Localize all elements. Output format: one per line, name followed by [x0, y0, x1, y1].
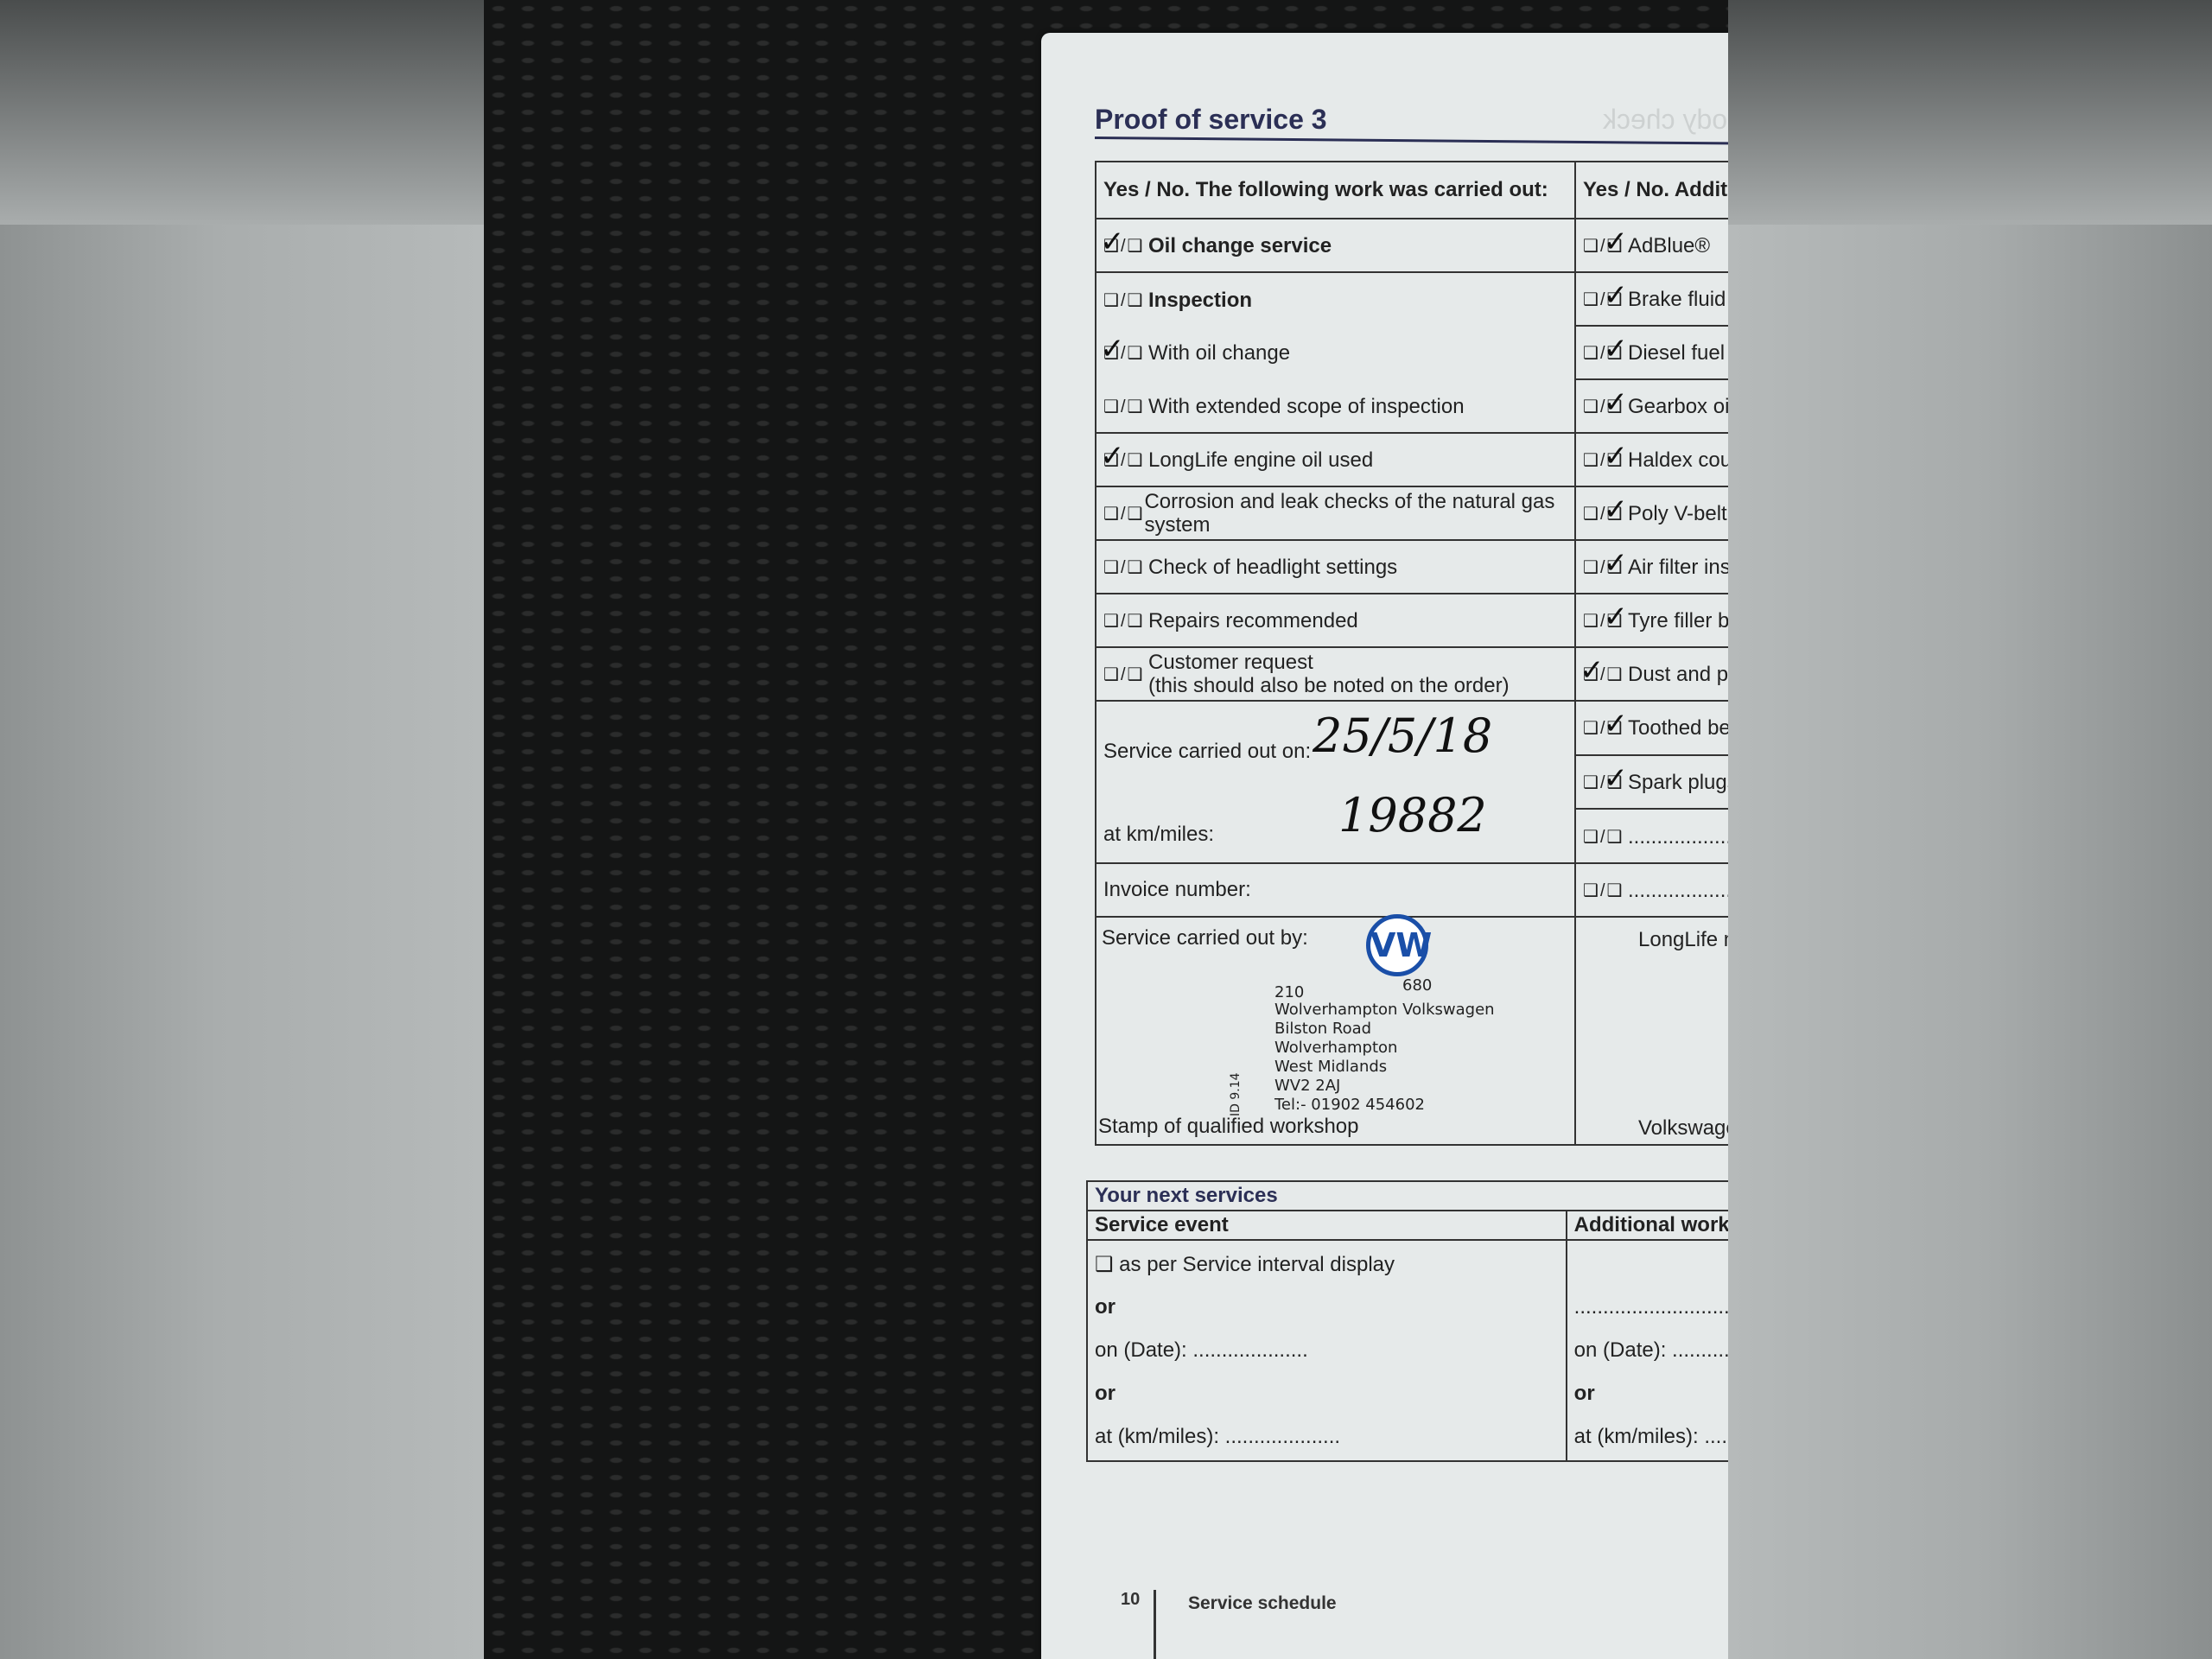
work-item: ❑✓/❑LongLife engine oil used: [1096, 433, 1575, 486]
checkbox-icon[interactable]: ❑: [1103, 505, 1121, 524]
next-service-line: ❑ as per Service interval display: [1095, 1243, 1559, 1286]
yes-no-checkboxes: ❑✓/❑: [1103, 235, 1148, 257]
additional-work-header: Yes / No. Additional work - Change of:: [1575, 162, 1728, 219]
table-row: ❑/❑Customer request(this should also be …: [1096, 647, 1728, 701]
work-item: ❑/❑Inspection: [1096, 272, 1575, 326]
table-row: ❑✓/❑Oil change service❑/❑✓AdBlue®: [1096, 219, 1728, 272]
carried-out-by-label: Service carried out by:: [1102, 926, 1308, 950]
footer-divider: [1154, 1590, 1156, 1659]
item-label: Air filter insert: [1628, 556, 1728, 579]
next-service-line: on (Date): ....................: [1095, 1329, 1559, 1372]
checkbox-icon[interactable]: ❑: [1128, 612, 1145, 631]
work-item: ❑/❑Check of headlight settings: [1096, 540, 1575, 594]
yes-no-checkboxes: ❑/❑✓: [1583, 610, 1628, 632]
checkbox-icon[interactable]: ❑: [1607, 881, 1624, 900]
checkbox-icon[interactable]: ❑: [1583, 397, 1600, 416]
item-label: Customer request: [1148, 651, 1313, 674]
table-row: ❑/❑Check of headlight settings❑/❑✓Air fi…: [1096, 540, 1728, 594]
additional-work-item: ❑/❑✓Haldex coupling: oil: [1575, 433, 1728, 486]
item-sublabel: (this should also be noted on the order): [1148, 674, 1510, 697]
checked-box-icon[interactable]: ❑✓: [1607, 344, 1624, 363]
additional-work-item: ❑/❑✓Toothed belt: [1575, 701, 1728, 755]
table-row: ❑✓/❑With oil change❑/❑✓Diesel fuel filte…: [1096, 326, 1728, 379]
checkbox-icon[interactable]: ❑: [1103, 291, 1121, 310]
checkbox-icon[interactable]: ❑: [1583, 828, 1600, 847]
yes-no-checkboxes: ❑/❑: [1583, 826, 1628, 848]
additional-work-item: ❑/❑....................: [1575, 809, 1728, 863]
yes-no-checkboxes: ❑/❑✓: [1583, 503, 1628, 524]
checked-box-icon[interactable]: ❑✓: [1607, 451, 1624, 470]
work-carried-out-header: Yes / No. The following work was carried…: [1096, 162, 1575, 219]
checkbox-icon[interactable]: ❑: [1583, 290, 1600, 309]
additional-work-item: ❑/❑✓Gearbox oil: DSG®, ATF: [1575, 379, 1728, 433]
next-service-line: on (Date): ....................: [1574, 1329, 1728, 1372]
checkbox-icon[interactable]: ❑: [1583, 237, 1600, 256]
item-label: Corrosion and leak checks of the natural…: [1144, 490, 1567, 537]
stamp-line: Wolverhampton: [1274, 1039, 1495, 1058]
checkbox-icon[interactable]: ❑: [1583, 451, 1600, 470]
work-item: ❑/❑Corrosion and leak checks of the natu…: [1096, 486, 1575, 540]
stamp-line: Wolverhampton Volkswagen: [1274, 1001, 1495, 1020]
table-row: Invoice number: ❑/❑....................: [1096, 863, 1728, 917]
yes-no-checkboxes: ❑/❑✓: [1583, 235, 1628, 257]
checkbox-icon[interactable]: ❑: [1128, 505, 1145, 524]
invoice-cell: Invoice number:: [1096, 863, 1575, 917]
additional-work-item: ❑/❑✓Air filter insert: [1575, 540, 1728, 594]
stamp-line: Tel:- 01902 454602: [1274, 1096, 1495, 1115]
checkbox-icon[interactable]: ❑: [1128, 291, 1145, 310]
vw-logo-icon: VW: [1366, 914, 1428, 976]
checkbox-icon[interactable]: ❑: [1128, 397, 1145, 416]
checkbox-icon[interactable]: ❑: [1103, 397, 1121, 416]
item-label: Haldex coupling: oil: [1628, 448, 1728, 472]
work-item: ❑/❑Repairs recommended: [1096, 594, 1575, 647]
item-label: Spark plugs: [1628, 771, 1728, 794]
checked-box-icon[interactable]: ❑✓: [1607, 237, 1624, 256]
next-additional-work-header: Additional work: [1567, 1211, 1728, 1240]
yes-no-checkboxes: ❑/❑✓: [1583, 772, 1628, 793]
yes-no-checkboxes: ❑/❑✓: [1583, 396, 1628, 417]
yes-no-checkboxes: ❑/❑: [1583, 880, 1628, 901]
checkbox-icon[interactable]: ❑: [1128, 237, 1145, 256]
next-service-line: ........................................…: [1574, 1286, 1728, 1329]
additional-work-item: ❑/❑✓Diesel fuel filter: [1575, 326, 1728, 379]
next-services-table: Your next services Service event Additio…: [1086, 1180, 1728, 1462]
checkbox-icon[interactable]: ❑: [1128, 451, 1145, 470]
item-label: Diesel fuel filter: [1628, 341, 1728, 365]
service-date-value[interactable]: 25/5/18: [1313, 709, 1492, 763]
dealership-stamp-label: Volkswagen dealership stamp: [1638, 1116, 1728, 1141]
table-row: ❑/❑Corrosion and leak checks of the natu…: [1096, 486, 1728, 540]
checked-box-icon[interactable]: ❑✓: [1103, 451, 1121, 470]
additional-work-item: ❑/❑✓Poly V-belt: [1575, 486, 1728, 540]
checkbox-icon[interactable]: ❑: [1607, 665, 1624, 684]
item-label: ....................: [1628, 825, 1728, 849]
checkbox-icon[interactable]: ❑: [1583, 719, 1600, 738]
mobility-guarantee-label: LongLife mobility guarantee:: [1638, 928, 1728, 952]
title-rule: [1095, 137, 1728, 148]
next-additional-work-cell: ........................................…: [1567, 1240, 1728, 1461]
table-row: Service carried out by:VW210680Wolverham…: [1096, 917, 1728, 1145]
next-service-line: or: [1574, 1372, 1728, 1415]
yes-no-checkboxes: ❑/❑✓: [1583, 717, 1628, 739]
item-label: Tyre filler bottle (sealant): [1628, 609, 1728, 632]
next-service-line: at (km/miles): ....................: [1095, 1415, 1559, 1459]
checked-box-icon[interactable]: ❑✓: [1607, 558, 1624, 577]
checked-box-icon[interactable]: ❑✓: [1583, 665, 1600, 684]
footer-section: Service schedule: [1188, 1593, 1337, 1614]
item-label: ....................: [1628, 879, 1728, 902]
work-item: ❑✓/❑Oil change service: [1096, 219, 1575, 272]
yes-no-checkboxes: ❑/❑: [1103, 556, 1148, 578]
stamp-address: Wolverhampton VolkswagenBilston RoadWolv…: [1274, 1001, 1495, 1115]
service-event-cell: ❑ as per Service interval displayoron (D…: [1087, 1240, 1567, 1461]
item-label: Repairs recommended: [1148, 609, 1358, 632]
next-service-line: or: [1095, 1372, 1559, 1415]
checkbox-icon[interactable]: ❑: [1128, 665, 1145, 684]
proof-of-service-table: Yes / No. The following work was carried…: [1095, 161, 1728, 1146]
checked-box-icon[interactable]: ❑✓: [1607, 612, 1624, 631]
item-label: LongLife engine oil used: [1148, 448, 1373, 472]
checkbox-icon[interactable]: ❑: [1583, 344, 1600, 363]
checkbox-icon[interactable]: ❑: [1583, 558, 1600, 577]
item-label: Inspection: [1148, 289, 1252, 312]
mileage-label: at km/miles:: [1103, 823, 1214, 847]
stamp-line: Bilston Road: [1274, 1020, 1495, 1039]
yes-no-checkboxes: ❑✓/❑: [1583, 664, 1628, 685]
checked-box-icon[interactable]: ❑✓: [1607, 719, 1624, 738]
workshop-stamp-label: Stamp of qualified workshop: [1098, 1115, 1359, 1139]
stamp-code-left: 210: [1274, 983, 1304, 1002]
yes-no-checkboxes: ❑/❑: [1103, 610, 1148, 632]
background-blur-left: [0, 0, 484, 225]
table-row: ❑/❑Repairs recommended❑/❑✓Tyre filler bo…: [1096, 594, 1728, 647]
item-label: AdBlue®: [1628, 234, 1710, 257]
yes-no-checkboxes: ❑/❑✓: [1583, 556, 1628, 578]
yes-no-checkboxes: ❑/❑: [1103, 664, 1148, 685]
checkbox-icon[interactable]: ❑: [1583, 773, 1600, 792]
additional-work-item: ❑/❑✓Brake fluid: [1575, 272, 1728, 326]
yes-no-checkboxes: ❑/❑✓: [1583, 449, 1628, 471]
table-row: ❑/❑With extended scope of inspection❑/❑✓…: [1096, 379, 1728, 433]
checkbox-icon[interactable]: ❑: [1128, 558, 1145, 577]
mileage-value[interactable]: 19882: [1338, 788, 1487, 842]
yes-no-checkboxes: ❑/❑✓: [1583, 342, 1628, 364]
additional-work-item: ❑✓/❑Dust and pollen filter insert: [1575, 647, 1728, 701]
additional-work-item: ❑/❑✓Spark plugs: [1575, 755, 1728, 810]
workshop-stamp-cell: Service carried out by:VW210680Wolverham…: [1096, 917, 1575, 1145]
additional-work-item: ❑/❑....................: [1575, 863, 1728, 917]
next-services-title: Your next services: [1087, 1181, 1728, 1211]
next-service-line: or: [1095, 1286, 1559, 1329]
work-item: ❑/❑With extended scope of inspection: [1096, 379, 1575, 433]
item-label: With extended scope of inspection: [1148, 395, 1465, 418]
checkbox-icon[interactable]: ❑: [1128, 344, 1145, 363]
checked-box-icon[interactable]: ❑✓: [1103, 344, 1121, 363]
yes-no-checkboxes: ❑✓/❑: [1103, 449, 1148, 471]
stamp-code-right: 680: [1402, 976, 1432, 995]
table-row: Service carried out on:25/5/18at km/mile…: [1096, 701, 1728, 755]
table-row: ❑✓/❑LongLife engine oil used❑/❑✓Haldex c…: [1096, 433, 1728, 486]
service-event-header: Service event: [1087, 1211, 1567, 1240]
item-label: Gearbox oil: DSG®, ATF: [1628, 395, 1728, 418]
background-blur-right: [1728, 0, 2212, 225]
stamp-side-mark: ID 9.14: [1226, 1072, 1245, 1116]
yes-no-checkboxes: ❑✓/❑: [1103, 342, 1148, 364]
checkbox-icon[interactable]: ❑: [1103, 665, 1121, 684]
next-service-line: at (km/miles): ....................: [1574, 1415, 1728, 1459]
invoice-label: Invoice number:: [1103, 878, 1251, 901]
checkbox-icon[interactable]: ❑: [1103, 612, 1121, 631]
checked-box-icon[interactable]: ❑✓: [1607, 290, 1624, 309]
work-item: ❑/❑Customer request(this should also be …: [1096, 647, 1575, 701]
checkbox-icon[interactable]: ❑: [1583, 881, 1600, 900]
yes-no-checkboxes: ❑/❑: [1103, 289, 1148, 311]
item-label: Brake fluid: [1628, 288, 1726, 311]
item-label: Poly V-belt: [1628, 502, 1727, 525]
next-service-line: [1574, 1243, 1728, 1286]
item-label: Check of headlight settings: [1148, 556, 1397, 579]
item-label: Toothed belt: [1628, 716, 1728, 740]
page-title: Proof of service 3: [1095, 104, 1327, 136]
checkbox-icon[interactable]: ❑: [1607, 828, 1624, 847]
photo-area: Documentation of the body check Proof of…: [484, 0, 1728, 1659]
item-label: With oil change: [1148, 341, 1290, 365]
service-date-mileage-cell: Service carried out on:25/5/18at km/mile…: [1096, 701, 1575, 863]
additional-work-item: ❑/❑✓Tyre filler bottle (sealant): [1575, 594, 1728, 647]
checked-box-icon[interactable]: ❑✓: [1607, 505, 1624, 524]
work-item: ❑✓/❑With oil change: [1096, 326, 1575, 379]
checkbox-icon[interactable]: ❑: [1583, 612, 1600, 631]
service-book-page: Documentation of the body check Proof of…: [1041, 33, 1728, 1659]
checkbox-icon[interactable]: ❑: [1103, 558, 1121, 577]
stamp-line: West Midlands: [1274, 1058, 1495, 1077]
dealership-stamp-cell: LongLife mobility guarantee:Volkswagen d…: [1575, 917, 1728, 1145]
table-row: ❑/❑Inspection❑/❑✓Brake fluid: [1096, 272, 1728, 326]
yes-no-checkboxes: ❑/❑: [1103, 503, 1144, 524]
service-date-label: Service carried out on:: [1103, 740, 1311, 764]
yes-no-checkboxes: ❑/❑✓: [1583, 289, 1628, 310]
checkbox-icon[interactable]: ❑: [1583, 505, 1600, 524]
yes-no-checkboxes: ❑/❑: [1103, 396, 1148, 417]
additional-work-item: ❑/❑✓AdBlue®: [1575, 219, 1728, 272]
checked-box-icon[interactable]: ❑✓: [1103, 237, 1121, 256]
page-number: 10: [1121, 1590, 1140, 1610]
stamp-line: WV2 2AJ: [1274, 1077, 1495, 1096]
bleed-through-text: Documentation of the body check: [1603, 104, 1728, 136]
item-label: Dust and pollen filter insert: [1628, 663, 1728, 686]
item-label: Oil change service: [1148, 234, 1332, 257]
checked-box-icon[interactable]: ❑✓: [1607, 397, 1624, 416]
checked-box-icon[interactable]: ❑✓: [1607, 773, 1624, 792]
